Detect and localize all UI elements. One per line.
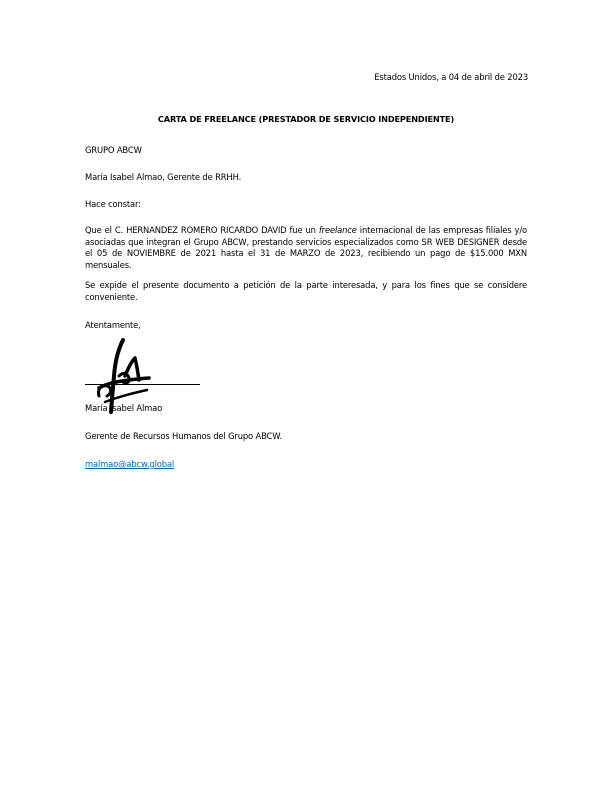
- body-text-part1: Que el C. HERNANDEZ ROMERO RICARDO DAVID…: [85, 225, 319, 235]
- purpose-paragraph: Se expide el presente documento a petici…: [85, 280, 527, 303]
- letter-page: Estados Unidos, a 04 de abril de 2023 CA…: [0, 0, 612, 792]
- signatory-name: María Isabel Almao: [85, 403, 527, 415]
- signature-line: [85, 384, 200, 385]
- email-link[interactable]: malmao@abcw.global: [85, 459, 174, 469]
- date-line: Estados Unidos, a 04 de abril de 2023: [374, 72, 528, 83]
- issuer-line: María Isabel Almao, Gerente de RRHH.: [85, 172, 527, 184]
- intro-text: Hace constar:: [85, 199, 527, 211]
- body-paragraph: Que el C. HERNANDEZ ROMERO RICARDO DAVID…: [85, 225, 527, 271]
- company-name: GRUPO ABCW: [85, 145, 527, 157]
- signatory-role: Gerente de Recursos Humanos del Grupo AB…: [85, 431, 527, 443]
- signatory-email-row: malmao@abcw.global: [85, 459, 527, 471]
- closing-text: Atentamente,: [85, 320, 527, 332]
- letter-title: CARTA DE FREELANCE (PRESTADOR DE SERVICI…: [0, 114, 612, 125]
- body-emphasis: freelance: [319, 225, 357, 235]
